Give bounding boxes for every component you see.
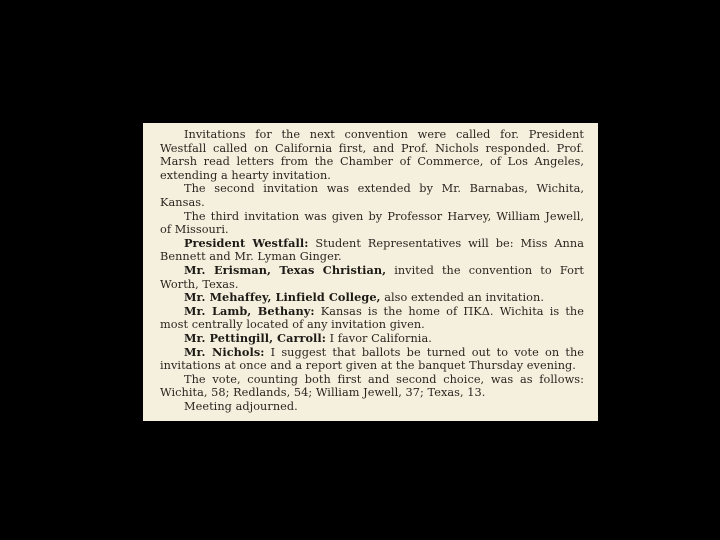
paragraph-invitations: Invitations for the next convention were…	[160, 128, 584, 182]
paragraph-adjourned: Meeting adjourned.	[160, 400, 584, 414]
speaker-label: President Westfall:	[184, 236, 308, 250]
paragraph-mehaffey: Mr. Mehaffey, Linfield College, also ext…	[160, 291, 584, 305]
paragraph-westfall: President Westfall: Student Representati…	[160, 237, 584, 264]
speaker-label: Mr. Nichols:	[184, 345, 264, 359]
paragraph-vote-results: The vote, counting both first and second…	[160, 373, 584, 400]
paragraph-second-invitation: The second invitation was extended by Mr…	[160, 182, 584, 209]
speaker-label: Mr. Erisman, Texas Christian,	[184, 263, 386, 277]
speaker-label: Mr. Mehaffey, Linfield College,	[184, 290, 381, 304]
paragraph-pettingill: Mr. Pettingill, Carroll: I favor Califor…	[160, 332, 584, 346]
paragraph-lamb: Mr. Lamb, Bethany: Kansas is the home of…	[160, 305, 584, 332]
paragraph-nichols: Mr. Nichols: I suggest that ballots be t…	[160, 346, 584, 373]
paragraph-erisman: Mr. Erisman, Texas Christian, invited th…	[160, 264, 584, 291]
speaker-label: Mr. Pettingill, Carroll:	[184, 331, 326, 345]
speaker-label: Mr. Lamb, Bethany:	[184, 304, 315, 318]
document-page: Invitations for the next convention were…	[143, 123, 598, 421]
paragraph-third-invitation: The third invitation was given by Profes…	[160, 210, 584, 237]
